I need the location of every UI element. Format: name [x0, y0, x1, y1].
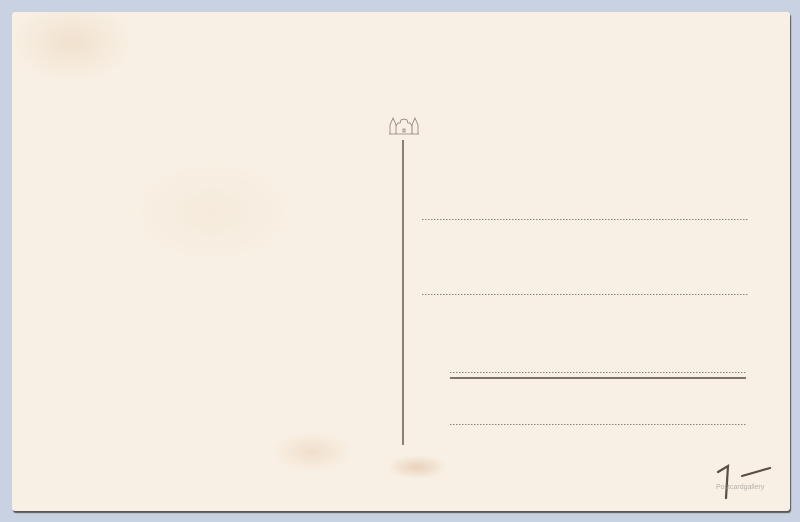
address-underline — [450, 377, 746, 379]
watermark: Postcardgallery — [716, 484, 764, 491]
castle-icon — [388, 114, 420, 136]
address-line-2 — [422, 294, 748, 295]
address-line-3 — [450, 372, 746, 373]
vertical-divider — [402, 140, 404, 445]
handwritten-mark — [712, 462, 776, 502]
address-line-4 — [450, 424, 746, 425]
postcard-back — [12, 12, 790, 511]
address-line-1 — [422, 219, 748, 220]
